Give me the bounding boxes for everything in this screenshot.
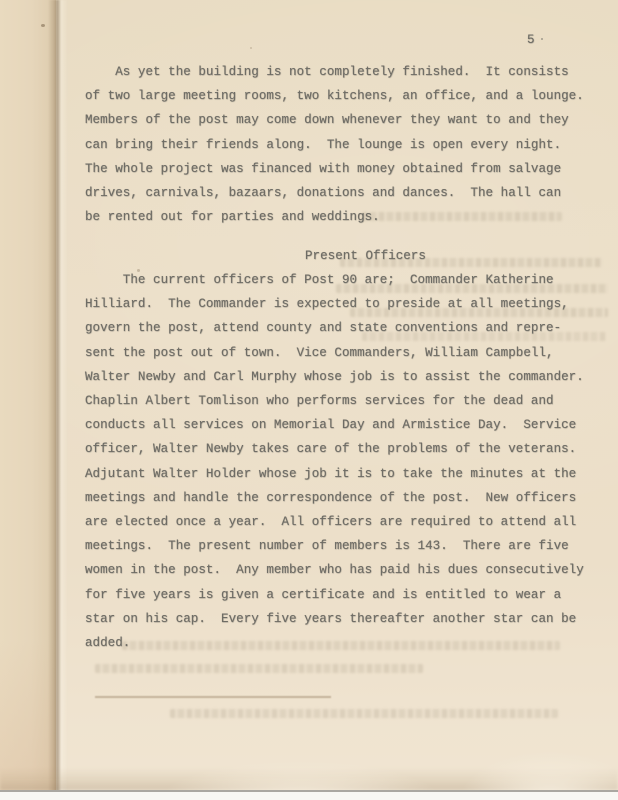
page-number: 5 <box>527 28 535 52</box>
pencil-divider-line <box>95 696 331 698</box>
paragraph-present-officers: The current officers of Post 90 are; Com… <box>85 268 584 655</box>
scanned-document-page: 5 As yet the building is not completely … <box>0 0 618 800</box>
paragraph-building-description: As yet the building is not completely fi… <box>85 60 584 229</box>
bleed-through-line <box>170 709 558 718</box>
ink-speck <box>541 38 543 40</box>
section-heading: Present Officers <box>305 244 426 268</box>
bleed-through-line <box>95 664 423 673</box>
paper-speck <box>250 47 252 49</box>
scanner-edge-strip <box>0 790 618 800</box>
paper-speck <box>137 269 140 272</box>
binding-crease <box>48 0 68 800</box>
paper-speck <box>41 24 45 27</box>
